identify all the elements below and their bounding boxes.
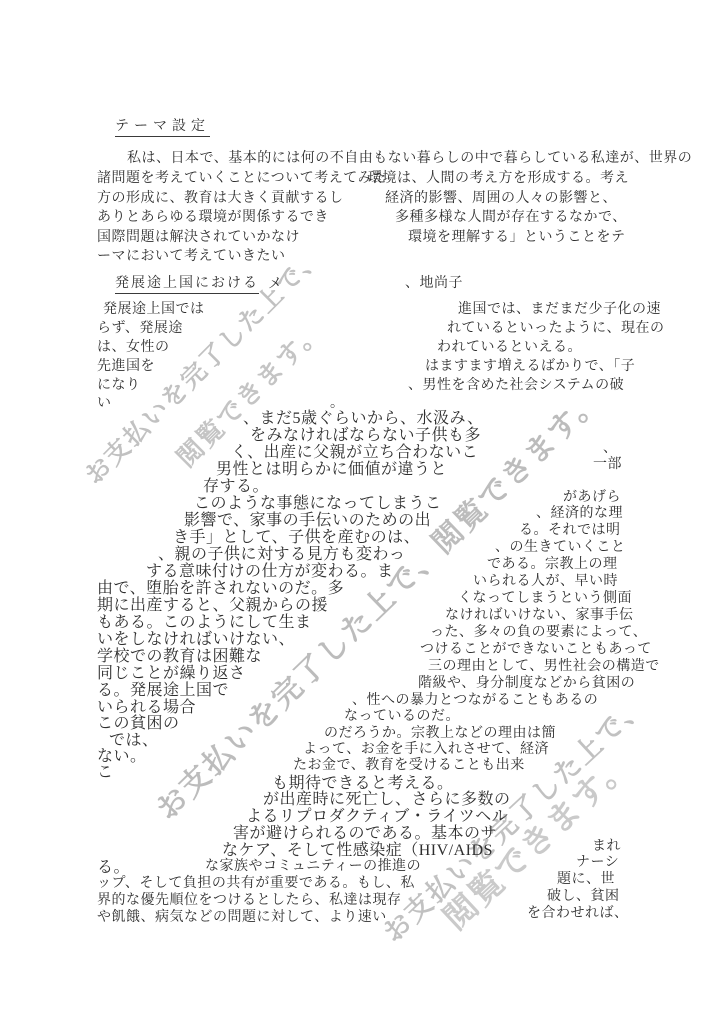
document-text-line: 、まだ5歳ぐらいから、水汲み、 (243, 411, 483, 427)
document-text-line: もある。このようにして生ま (97, 615, 312, 631)
document-text-line: は、女性の (97, 341, 170, 355)
document-text-line: ップ、そして負担の共有が重要である。もし、私 (97, 877, 415, 891)
document-text-line: テーマ設定 (115, 120, 210, 137)
document-text-line: ありとあらゆる環境が関係するでき (97, 211, 329, 225)
document-text-line: を合わせれば、 (527, 907, 629, 921)
document-text-line: い (97, 397, 112, 411)
document-text-line: 、経済的な理 (536, 507, 623, 521)
document-text-line: 三の理由として、男性社会の構造で (428, 660, 660, 674)
document-text-line: する意味付けの仕方が変わる。ま (146, 564, 394, 580)
document-text-line: 階級や、身分制度などから貧困の (418, 677, 635, 691)
document-text-line: 、親の子供に対する見方も変わっ (158, 547, 405, 563)
document-text-line: では、 (109, 733, 159, 749)
document-text-line: である。宗教上の理 (487, 558, 618, 572)
document-text-line: が出産時に死亡し、さらに多数の (263, 792, 511, 808)
document-text-line: になり (97, 379, 141, 393)
document-text-line: この貧困の (97, 716, 180, 732)
document-text-line: よるリプロダクティブ・ライツヘル (246, 809, 508, 825)
document-page: お支払いを完了した上で、閲覧できます。お支払いを完了した上で、閲覧できます。お支… (0, 0, 724, 1024)
document-text-line: 期に出産すると、父親からの援 (97, 598, 328, 614)
document-text-line: 同じことが繰り返さ (97, 666, 246, 682)
document-text-line: 題に、世 (557, 873, 615, 887)
document-text-line: たお金で、教育を受けることも出来 (293, 759, 525, 773)
document-text-line: 破し、貧困 (547, 890, 620, 904)
document-text-line: このような事態になってしまうこ (194, 496, 442, 512)
document-text-line: る。発展途上国で (97, 683, 229, 699)
document-text-line: 、 (603, 442, 618, 456)
document-text-line: 発展途上国では (103, 303, 205, 317)
document-text-line: 影響で、家事の手伝いのための出 (184, 513, 431, 529)
document-text-line: 国際問題は解決されていかなけ (97, 231, 300, 245)
document-text-line: 、男性を含めた社会システムの破 (408, 379, 624, 393)
document-text-line: 存する。 (203, 479, 269, 495)
document-text-line: 先進国を (97, 360, 155, 374)
document-text-line: よって、お金を手に入れさせて、経済 (303, 743, 549, 757)
document-text-line: 、地尚子 (405, 277, 463, 291)
document-text-line: 私は、日本で、基本的には何の不自由もない暮らしの中で暮らしている私達が、世界の (127, 152, 692, 166)
document-text-line: 、の生きていくこと (495, 541, 626, 555)
document-text-line: 諸問題を考えていくことについて考えてみた (97, 172, 387, 186)
document-text-line: く、出産に父親が立ち合わないこ (231, 445, 478, 461)
document-text-line: メ (268, 278, 283, 292)
document-text-line: 発展途上国における (115, 277, 259, 294)
document-text-line: われているといえる。 (437, 341, 582, 355)
document-text-line: 環境を理解する」ということをテ (408, 231, 626, 245)
document-text-line: らず、発展途 (97, 322, 183, 336)
document-text-line: いられる人が、早い時 (473, 575, 618, 589)
document-text-line: があげら (563, 491, 621, 505)
document-text-line: なっているのだ。 (344, 710, 460, 724)
document-text-line: はますます増えるばかりで、「子 (425, 360, 635, 374)
document-text-line: ナーシ (576, 856, 619, 870)
document-text-line: 方の形成に、教育は大きく貢献するし (97, 192, 344, 206)
document-text-line: 環境は、人間の考え方を形成する。考え (368, 172, 629, 186)
document-text-line: ーマにおいて考えていきたい (97, 250, 286, 264)
document-text-line: 進国では、まだまだ少子化の速 (458, 303, 661, 317)
document-text-line: 、性への暴力とつながることもあるの (352, 694, 598, 708)
document-text-line: 由で、堕胎を許されないのだ。多 (97, 581, 344, 597)
document-text-line: なければいけない、家事手伝 (445, 609, 634, 623)
document-text-line: れているといったように、現在の (447, 322, 665, 336)
document-text-line: 男性とは明らかに価値が違うと (216, 462, 447, 478)
document-text-line: る。それでは明 (519, 524, 621, 538)
document-text-line: った、多々の負の要素によって、 (430, 626, 647, 640)
document-text-line: 経済的影響、周囲の人々の影響と、 (385, 192, 617, 206)
document-text-line: き手」として、子供を産むのは、 (173, 530, 420, 546)
document-text-line: つけることができないこともあって (420, 643, 652, 657)
document-text-line: いをしなければいけない、 (97, 632, 295, 648)
document-text-line: 害が避けられるのである。基本のサ (233, 826, 497, 842)
document-text-line: まれ (592, 840, 621, 854)
document-text-line: なケア、そして性感染症（HIV/AIDS (222, 843, 493, 859)
document-text-line: や飢餓、病気などの問題に対して、より速い (97, 911, 387, 925)
document-text-line: くなってしまうという側面 (458, 592, 632, 606)
document-text-line: も期待できると考える。 (272, 776, 454, 792)
document-text-line: をみなければならない子供も多 (250, 428, 481, 444)
document-text-line: 一部 (593, 458, 622, 472)
document-text-line: る。 (97, 860, 130, 876)
document-text-line: のだろうか。宗教上などの理由は簡 (324, 727, 556, 741)
document-text-line: ない。 (97, 749, 147, 765)
document-text-line: 多種多様な人間が存在するなかで、 (395, 211, 627, 225)
document-text-line: こ (97, 765, 114, 781)
document-text-line: 学校での教育は困難な (97, 649, 262, 665)
document-text-line: 。 (330, 397, 345, 411)
document-text-line: な家族やコミュニティーの推進の (205, 860, 421, 874)
document-text-line: いられる場合 (97, 700, 196, 716)
document-text-line: 界的な優先順位をつけるとしたら、私達は現存 (97, 894, 402, 908)
